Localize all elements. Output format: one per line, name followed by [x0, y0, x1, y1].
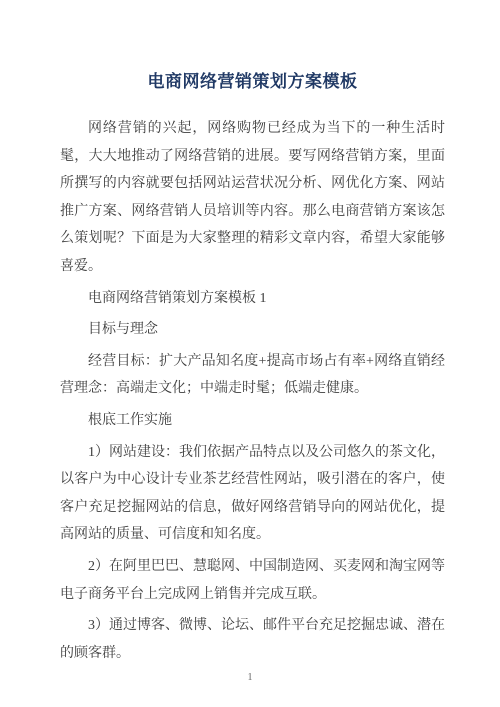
- document-content: 电商网络营销策划方案模板 网络营销的兴起，网络购物已经成为当下的一种生活时髦，大…: [60, 70, 445, 671]
- paragraph-intro: 网络营销的兴起，网络购物已经成为当下的一种生活时髦，大大地推动了网络营销的进展。…: [60, 115, 445, 281]
- paragraph-heading-goals: 目标与理念: [60, 316, 445, 344]
- paragraph-business-goals: 经营目标：扩大产品知名度+提高市场占有率+网络直销经营理念：高端走文化；中端走时…: [60, 348, 445, 403]
- paragraph-subtitle-template-1: 电商网络营销策划方案模板 1: [60, 285, 445, 313]
- document-title: 电商网络营销策划方案模板: [60, 70, 445, 94]
- page-footer: 1: [0, 667, 500, 685]
- paragraph-item-1-website: 1）网站建设：我们依据产品特点以及公司悠久的茶文化，以客户为中心设计专业茶艺经营…: [60, 439, 445, 549]
- paragraph-item-3-channels: 3）通过博客、微博、论坛、邮件平台充足挖掘忠诚、潜在的顾客群。: [60, 612, 445, 667]
- document-page: 电商网络营销策划方案模板 网络营销的兴起，网络购物已经成为当下的一种生活时髦，大…: [0, 0, 500, 707]
- paragraph-item-2-platforms: 2）在阿里巴巴、慧聪网、中国制造网、买麦网和淘宝网等电子商务平台上完成网上销售并…: [60, 553, 445, 608]
- page-number: 1: [248, 672, 253, 683]
- paragraph-heading-implementation: 根底工作实施: [60, 407, 445, 435]
